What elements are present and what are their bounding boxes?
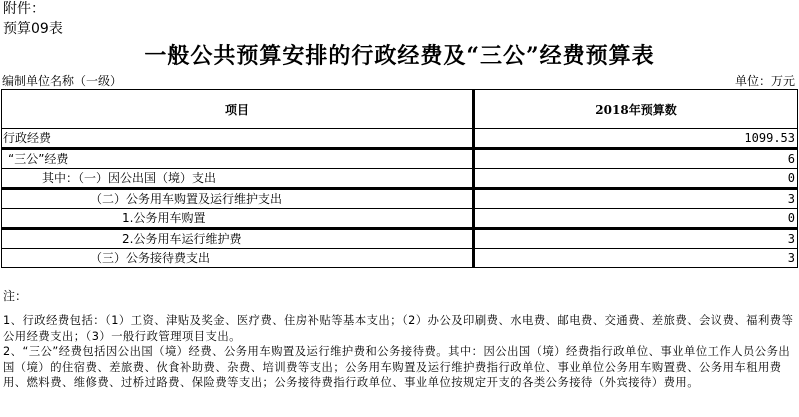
- table-row: 1.公务用车购置 0: [2, 209, 798, 229]
- table-row: （三）公务接待费支出 3: [2, 249, 798, 268]
- notes-block: 1、行政经费包括：（1）工资、津贴及奖金、医疗费、住房补贴等基本支出；（2）办公…: [3, 313, 798, 391]
- note-item-2: 2、“三公”经费包括因公出国（境）经费、公务用车购置及运行维护费和公务接待费。其…: [3, 344, 798, 391]
- row-label: （二）公务用车购置及运行维护支出: [2, 189, 474, 209]
- row-label: （三）公务接待费支出: [2, 249, 474, 268]
- notes-label: 注：: [3, 289, 27, 303]
- row-label: 2.公务用车运行维护费: [2, 229, 474, 249]
- table-number: 预算09表: [3, 21, 63, 38]
- budget-table: 项目 2018年预算数 行政经费 1099.53 “三公”经费 6 其中：（一）…: [1, 89, 798, 268]
- row-label: 1.公务用车购置: [2, 209, 474, 229]
- column-header-budget: 2018年预算数: [474, 90, 798, 129]
- table-header-row: 项目 2018年预算数: [2, 90, 798, 129]
- row-value: 3: [474, 249, 798, 268]
- org-name-label: 编制单位名称（一级）: [2, 74, 122, 88]
- table-row: 其中：（一）因公出国（境）支出 0: [2, 169, 798, 189]
- table-row: 2.公务用车运行维护费 3: [2, 229, 798, 249]
- attachment-label: 附件：: [3, 1, 45, 18]
- row-value: 0: [474, 169, 798, 189]
- row-value: 1099.53: [474, 129, 798, 149]
- row-value: 0: [474, 209, 798, 229]
- page-title: 一般公共预算安排的行政经费及“三公”经费预算表: [0, 42, 799, 70]
- row-value: 6: [474, 149, 798, 169]
- row-value: 3: [474, 229, 798, 249]
- table-row: 行政经费 1099.53: [2, 129, 798, 149]
- row-label: 其中：（一）因公出国（境）支出: [2, 169, 474, 189]
- table-row: （二）公务用车购置及运行维护支出 3: [2, 189, 798, 209]
- table-row: “三公”经费 6: [2, 149, 798, 169]
- column-header-item: 项目: [2, 90, 474, 129]
- row-label: 行政经费: [2, 129, 474, 149]
- row-label: “三公”经费: [2, 149, 474, 169]
- unit-label: 单位：万元: [735, 74, 795, 88]
- row-value: 3: [474, 189, 798, 209]
- note-item-1: 1、行政经费包括：（1）工资、津贴及奖金、医疗费、住房补贴等基本支出；（2）办公…: [3, 313, 798, 344]
